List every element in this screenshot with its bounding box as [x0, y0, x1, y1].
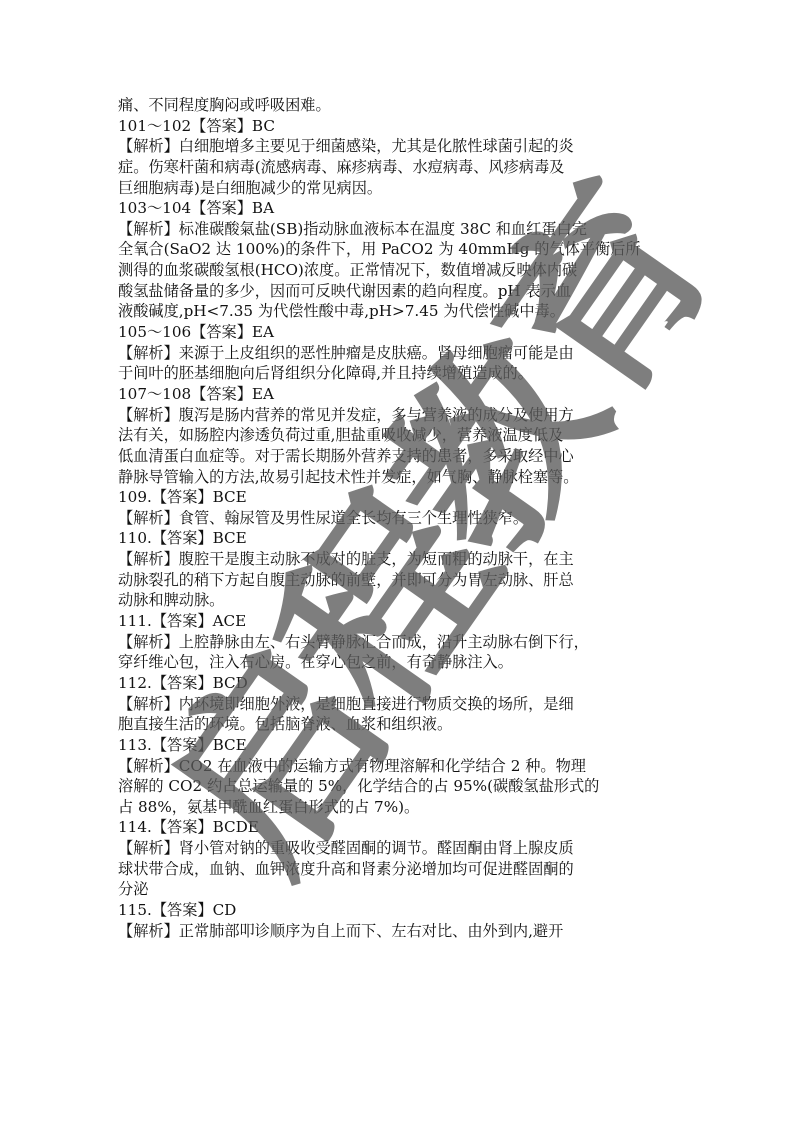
- answer-line-101-102: 101～102【答案】BC: [118, 116, 688, 137]
- explanation-line: 动脉裂孔的稍下方起自腹主动脉的前壁，并即可分为胃左动脉、肝总: [118, 570, 688, 591]
- explanation-line: 【解析】正常肺部叩诊顺序为自上而下、左右对比、由外到内,避开: [118, 921, 688, 942]
- explanation-line: 低血清蛋白血症等。对于需长期肠外营养支持的患者，多采取经中心: [118, 446, 688, 467]
- explanation-line: 分泌: [118, 879, 688, 900]
- explanation-line: 胞直接生活的环境。包括脑脊液、血浆和组织液。: [118, 714, 688, 735]
- explanation-line: 液酸碱度,pH<7.35 为代偿性酸中毒,pH>7.45 为代偿性碱中毒。: [118, 301, 688, 322]
- explanation-line: 全氧合(SaO2 达 100%)的条件下，用 PaCO2 为 40mmHg 的气…: [118, 239, 688, 260]
- answer-line-110: 110.【答案】BCE: [118, 528, 688, 549]
- answer-line-105-106: 105～106【答案】EA: [118, 322, 688, 343]
- explanation-line: 症。伤寒杆菌和病毒(流感病毒、麻疹病毒、水痘病毒、风疹病毒及: [118, 157, 688, 178]
- explanation-line: 占 88%，氨基甲酰血红蛋白形式的占 7%)。: [118, 797, 688, 818]
- answer-line-109: 109.【答案】BCE: [118, 487, 688, 508]
- explanation-line: 球状带合成，血钠、血钾浓度升高和肾素分泌增加均可促进醛固酮的: [118, 859, 688, 880]
- explanation-line: 【解析】标准碳酸氣盐(SB)指动脉血液标本在温度 38C 和血红蛋白完: [118, 219, 688, 240]
- explanation-line: 【解析】来源于上皮组织的恶性肿瘤是皮肤癌。肾母细胞瘤可能是由: [118, 343, 688, 364]
- explanation-line: 【解析】腹泻是肠内营养的常见并发症，多与营养液的成分及使用方: [118, 405, 688, 426]
- explanation-line: 穿纤维心包，注入右心房。在穿心包之前，有奇静脉注入。: [118, 652, 688, 673]
- explanation-line: 于间叶的胚基细胞向后肾组织分化障碍,并且持续增殖造成的。: [118, 363, 688, 384]
- explanation-line: 【解析】上腔静脉由左、右头臂静脉汇合而成，沿升主动脉右倒下行，: [118, 632, 688, 653]
- explanation-line: 【解析】腹腔干是腹主动脉不成对的脏支，为短而粗的动脉干，在主: [118, 549, 688, 570]
- explanation-line: 测得的血浆碳酸氢根(HCO)浓度。正常情况下，数值增减反映体内碳: [118, 260, 688, 281]
- explanation-line: 【解析】食管、翰尿管及男性尿道全长均有三个生理性狭窄。: [118, 508, 688, 529]
- document-body: 痛、不同程度胸闷或呼吸困难。 101～102【答案】BC 【解析】白细胞增多主要…: [118, 95, 688, 941]
- text-line: 痛、不同程度胸闷或呼吸困难。: [118, 95, 688, 116]
- explanation-line: 巨细胞病毒)是白细胞减少的常见病因。: [118, 178, 688, 199]
- explanation-line: 静脉导管输入的方法,故易引起技术性并发症，如气胸、静脉栓塞等。: [118, 467, 688, 488]
- answer-line-112: 112.【答案】BCD: [118, 673, 688, 694]
- explanation-line: 【解析】内环境即细胞外液，是细胞直接进行物质交换的场所，是细: [118, 694, 688, 715]
- explanation-line: 动脉和脾动脉。: [118, 590, 688, 611]
- explanation-line: 【解析】CO2 在血液中的运输方式有物理溶解和化学结合 2 种。物理: [118, 756, 688, 777]
- explanation-line: 法有关，如肠腔内渗透负荷过重,胆盐重吸收减少，营养液温度低及: [118, 425, 688, 446]
- explanation-line: 酸氢盐储备量的多少，因而可反映代谢因素的趋向程度。pH 表示血: [118, 281, 688, 302]
- explanation-line: 【解析】白细胞增多主要见于细菌感染，尤其是化脓性球菌引起的炎: [118, 136, 688, 157]
- answer-line-111: 111.【答案】ACE: [118, 611, 688, 632]
- explanation-line: 【解析】肾小管对钠的重吸收受醛固酮的调节。醛固酮由肾上腺皮质: [118, 838, 688, 859]
- answer-line-103-104: 103～104【答案】BA: [118, 198, 688, 219]
- answer-line-114: 114.【答案】BCDE: [118, 817, 688, 838]
- answer-line-115: 115.【答案】CD: [118, 900, 688, 921]
- answer-line-113: 113.【答案】BCE: [118, 735, 688, 756]
- explanation-line: 溶解的 CO2 约占总运输量的 5%，化学结合的占 95%(碳酸氢盐形式的: [118, 776, 688, 797]
- answer-line-107-108: 107～108【答案】EA: [118, 384, 688, 405]
